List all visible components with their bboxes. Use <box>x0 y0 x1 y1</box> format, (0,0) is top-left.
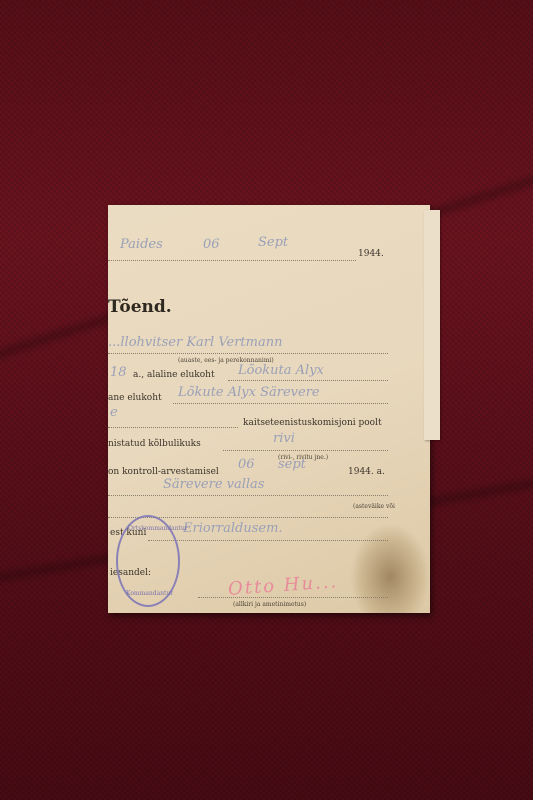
alaline-handwritten: Lõokuta Alyx <box>238 363 324 378</box>
certificate-document: Paides 06 Sept 1944. Tõend. ...llohvitse… <box>108 205 430 613</box>
stain <box>350 523 430 613</box>
date-day: 06 <box>203 237 220 252</box>
kolbulik-label: nistatud kõlbulikuks <box>108 439 201 449</box>
kontroll-year: 1944. a. <box>348 467 385 477</box>
kuni-line <box>148 540 388 541</box>
alaline-label: a., alaline elukoht <box>133 370 215 380</box>
date-row: Paides <box>120 237 163 252</box>
date-year: 1944. <box>358 249 384 259</box>
kolbulik-line <box>223 450 388 451</box>
signature-caption: (allkiri ja ametinimetus) <box>233 601 306 608</box>
vald-line <box>108 495 388 496</box>
name-line <box>108 353 388 354</box>
commission-label: kaitseteenistuskomisjoni poolt <box>243 418 382 428</box>
signature-line <box>198 597 388 598</box>
birth-year: 18 <box>110 365 127 380</box>
name-handwritten: ...llohvitser Karl Vertmann <box>108 335 282 350</box>
commission-line <box>108 427 238 428</box>
ajutine-line <box>173 403 388 404</box>
kuni-handwritten: Eriorraldusem. <box>183 521 283 536</box>
torn-edge <box>424 210 440 440</box>
place-handwritten: Paides <box>120 237 163 252</box>
stamp-top-text: Ortskommandantur <box>128 525 188 532</box>
vald-handwritten: Särevere vallas <box>163 477 264 492</box>
alaline-line <box>228 380 388 381</box>
document-title: Tõend. <box>108 297 172 317</box>
kontroll-label: on kontroll-arvestamisel <box>108 467 219 477</box>
date-month: Sept <box>258 235 288 250</box>
vald-caption: (asteväike või <box>353 503 395 510</box>
official-stamp: Ortskommandantur Kommandantur <box>116 515 180 607</box>
line4-handwritten: e <box>110 405 118 420</box>
signature-red: Otto Hu... <box>227 571 338 600</box>
ajutine-label: ane elukoht <box>108 393 162 403</box>
ajutine-handwritten: Lõkute Alyx Särevere <box>178 385 320 400</box>
kontroll-month: sept <box>278 457 306 472</box>
kontroll-day: 06 <box>238 457 255 472</box>
kolbulik-handwritten: rivi <box>273 431 295 446</box>
stamp-bottom-text: Kommandantur <box>126 590 173 597</box>
date-line <box>108 260 356 261</box>
